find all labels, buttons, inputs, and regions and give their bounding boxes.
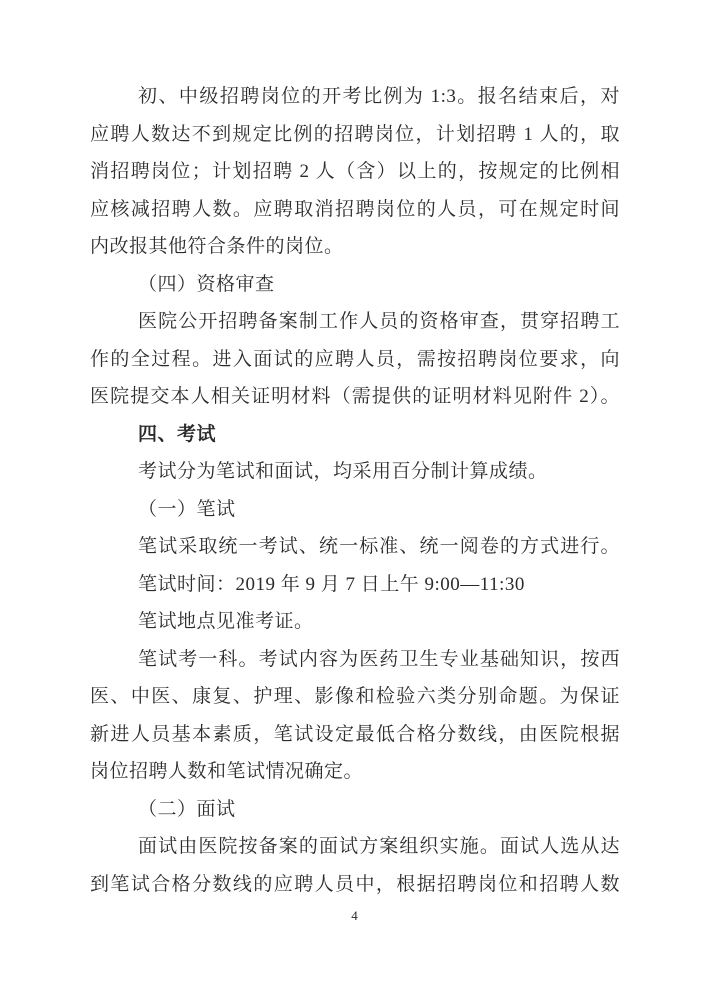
text-line: 到笔试合格分数线的应聘人员中，根据招聘岗位和招聘人数 xyxy=(90,866,620,904)
text-line: 面试由医院按备案的面试方案组织实施。面试人选从达 xyxy=(90,828,620,866)
text-line: 初、中级招聘岗位的开考比例为 1:3。报名结束后，对 xyxy=(90,78,620,116)
section-heading: （四）资格审查 xyxy=(90,266,620,304)
text-line: 医、中医、康复、护理、影像和检验六类分别命题。为保证 xyxy=(90,678,620,716)
text-line: 内改报其他符合条件的岗位。 xyxy=(90,228,620,266)
text-line: 考试分为笔试和面试，均采用百分制计算成绩。 xyxy=(90,453,620,491)
text-line: 岗位招聘人数和笔试情况确定。 xyxy=(90,753,620,791)
page-number: 4 xyxy=(0,908,709,924)
section-heading: （一）笔试 xyxy=(90,491,620,529)
text-line: 作的全过程。进入面试的应聘人员，需按招聘岗位要求，向 xyxy=(90,341,620,379)
text-line: 应聘人数达不到规定比例的招聘岗位，计划招聘 1 人的，取 xyxy=(90,116,620,154)
text-line: 医院提交本人相关证明材料（需提供的证明材料见附件 2）。 xyxy=(90,378,620,416)
document-body: 初、中级招聘岗位的开考比例为 1:3。报名结束后，对 应聘人数达不到规定比例的招… xyxy=(90,78,620,903)
text-line: 消招聘岗位；计划招聘 2 人（含）以上的，按规定的比例相 xyxy=(90,153,620,191)
text-line: 笔试时间：2019 年 9 月 7 日上午 9:00—11:30 xyxy=(90,566,620,604)
document-page: 初、中级招聘岗位的开考比例为 1:3。报名结束后，对 应聘人数达不到规定比例的招… xyxy=(0,0,709,1003)
section-heading: （二）面试 xyxy=(90,791,620,829)
text-line: 医院公开招聘备案制工作人员的资格审查，贯穿招聘工 xyxy=(90,303,620,341)
text-line: 应核减招聘人数。应聘取消招聘岗位的人员，可在规定时间 xyxy=(90,191,620,229)
text-line: 笔试地点见准考证。 xyxy=(90,603,620,641)
text-line: 笔试采取统一考试、统一标准、统一阅卷的方式进行。 xyxy=(90,528,620,566)
text-line: 新进人员基本素质，笔试设定最低合格分数线，由医院根据 xyxy=(90,716,620,754)
chapter-heading: 四、考试 xyxy=(90,416,620,454)
text-line: 笔试考一科。考试内容为医药卫生专业基础知识，按西 xyxy=(90,641,620,679)
